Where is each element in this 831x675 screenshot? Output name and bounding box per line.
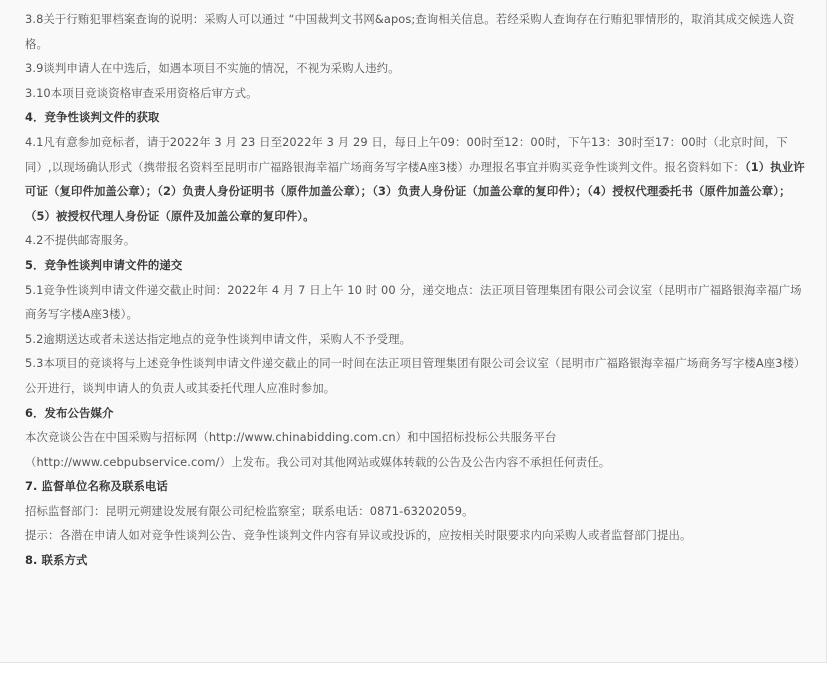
paragraph-3-9: 3.9谈判申请人在中选后，如遇本项目不实施的情况，不视为采购人违约。 [25,56,805,81]
required-doc-3: （3）负责人身份证（加盖公章的复印件）； [372,184,587,198]
paragraph-4-1-intro: 4.1凡有意参加竞标者，请于2022年 3 月 23 日至2022年 3 月 2… [25,135,788,174]
paragraph-3-8: 3.8关于行贿犯罪档案查询的说明：采购人可以通过 “中国裁判文书网&apos;查… [25,7,805,56]
paragraph-5-3: 5.3本项目的竞谈将与上述竞争性谈判申请文件递交截止的同一时间在法正项目管理集团… [25,351,805,400]
paragraph-7-notice: 提示：各潜在申请人如对竞争性谈判公告、竞争性谈判文件内容有异议或投诉的，应按相关… [25,523,805,548]
section-heading-5: 5．竞争性谈判申请文件的递交 [25,253,805,278]
section-heading-8: 8. 联系方式 [25,548,805,573]
paragraph-4-2: 4.2不提供邮寄服务。 [25,228,805,253]
section-heading-4: 4．竞争性谈判文件的获取 [25,105,805,130]
paragraph-5-1: 5.1竞争性谈判申请文件递交截止时间：2022年 4 月 7 日上午 10 时 … [25,278,805,327]
required-doc-5: （5）被授权代理人身份证（原件及加盖公章的复印件）。 [25,209,315,223]
paragraph-7-supervisor: 招标监督部门：昆明元朔建设发展有限公司纪检监察室；联系电话：0871-63202… [25,499,805,524]
required-doc-4: （4）授权代理委托书（原件加盖公章）； [587,184,790,198]
paragraph-4-1: 4.1凡有意参加竞标者，请于2022年 3 月 23 日至2022年 3 月 2… [25,130,805,228]
paragraph-6-line-1: 本次竞谈公告在中国采购与招标网（http://www.chinabidding.… [25,425,805,450]
document-panel: 3.8关于行贿犯罪档案查询的说明：采购人可以通过 “中国裁判文书网&apos;查… [0,0,827,663]
required-doc-2: （2）负责人身份证明书（原件加盖公章）； [157,184,372,198]
section-heading-7: 7. 监督单位名称及联系电话 [25,474,805,499]
paragraph-6-line-2: （http://www.cebpubservice.com/）上发布。我公司对其… [25,450,805,475]
paragraph-5-2: 5.2逾期送达或者未送达指定地点的竞争性谈判申请文件，采购人不予受理。 [25,327,805,352]
section-heading-6: 6．发布公告媒介 [25,401,805,426]
paragraph-3-10: 3.10本项目竞谈资格审查采用资格后审方式。 [25,81,805,106]
announcement-content: 3.8关于行贿犯罪档案查询的说明：采购人可以通过 “中国裁判文书网&apos;查… [25,7,805,573]
